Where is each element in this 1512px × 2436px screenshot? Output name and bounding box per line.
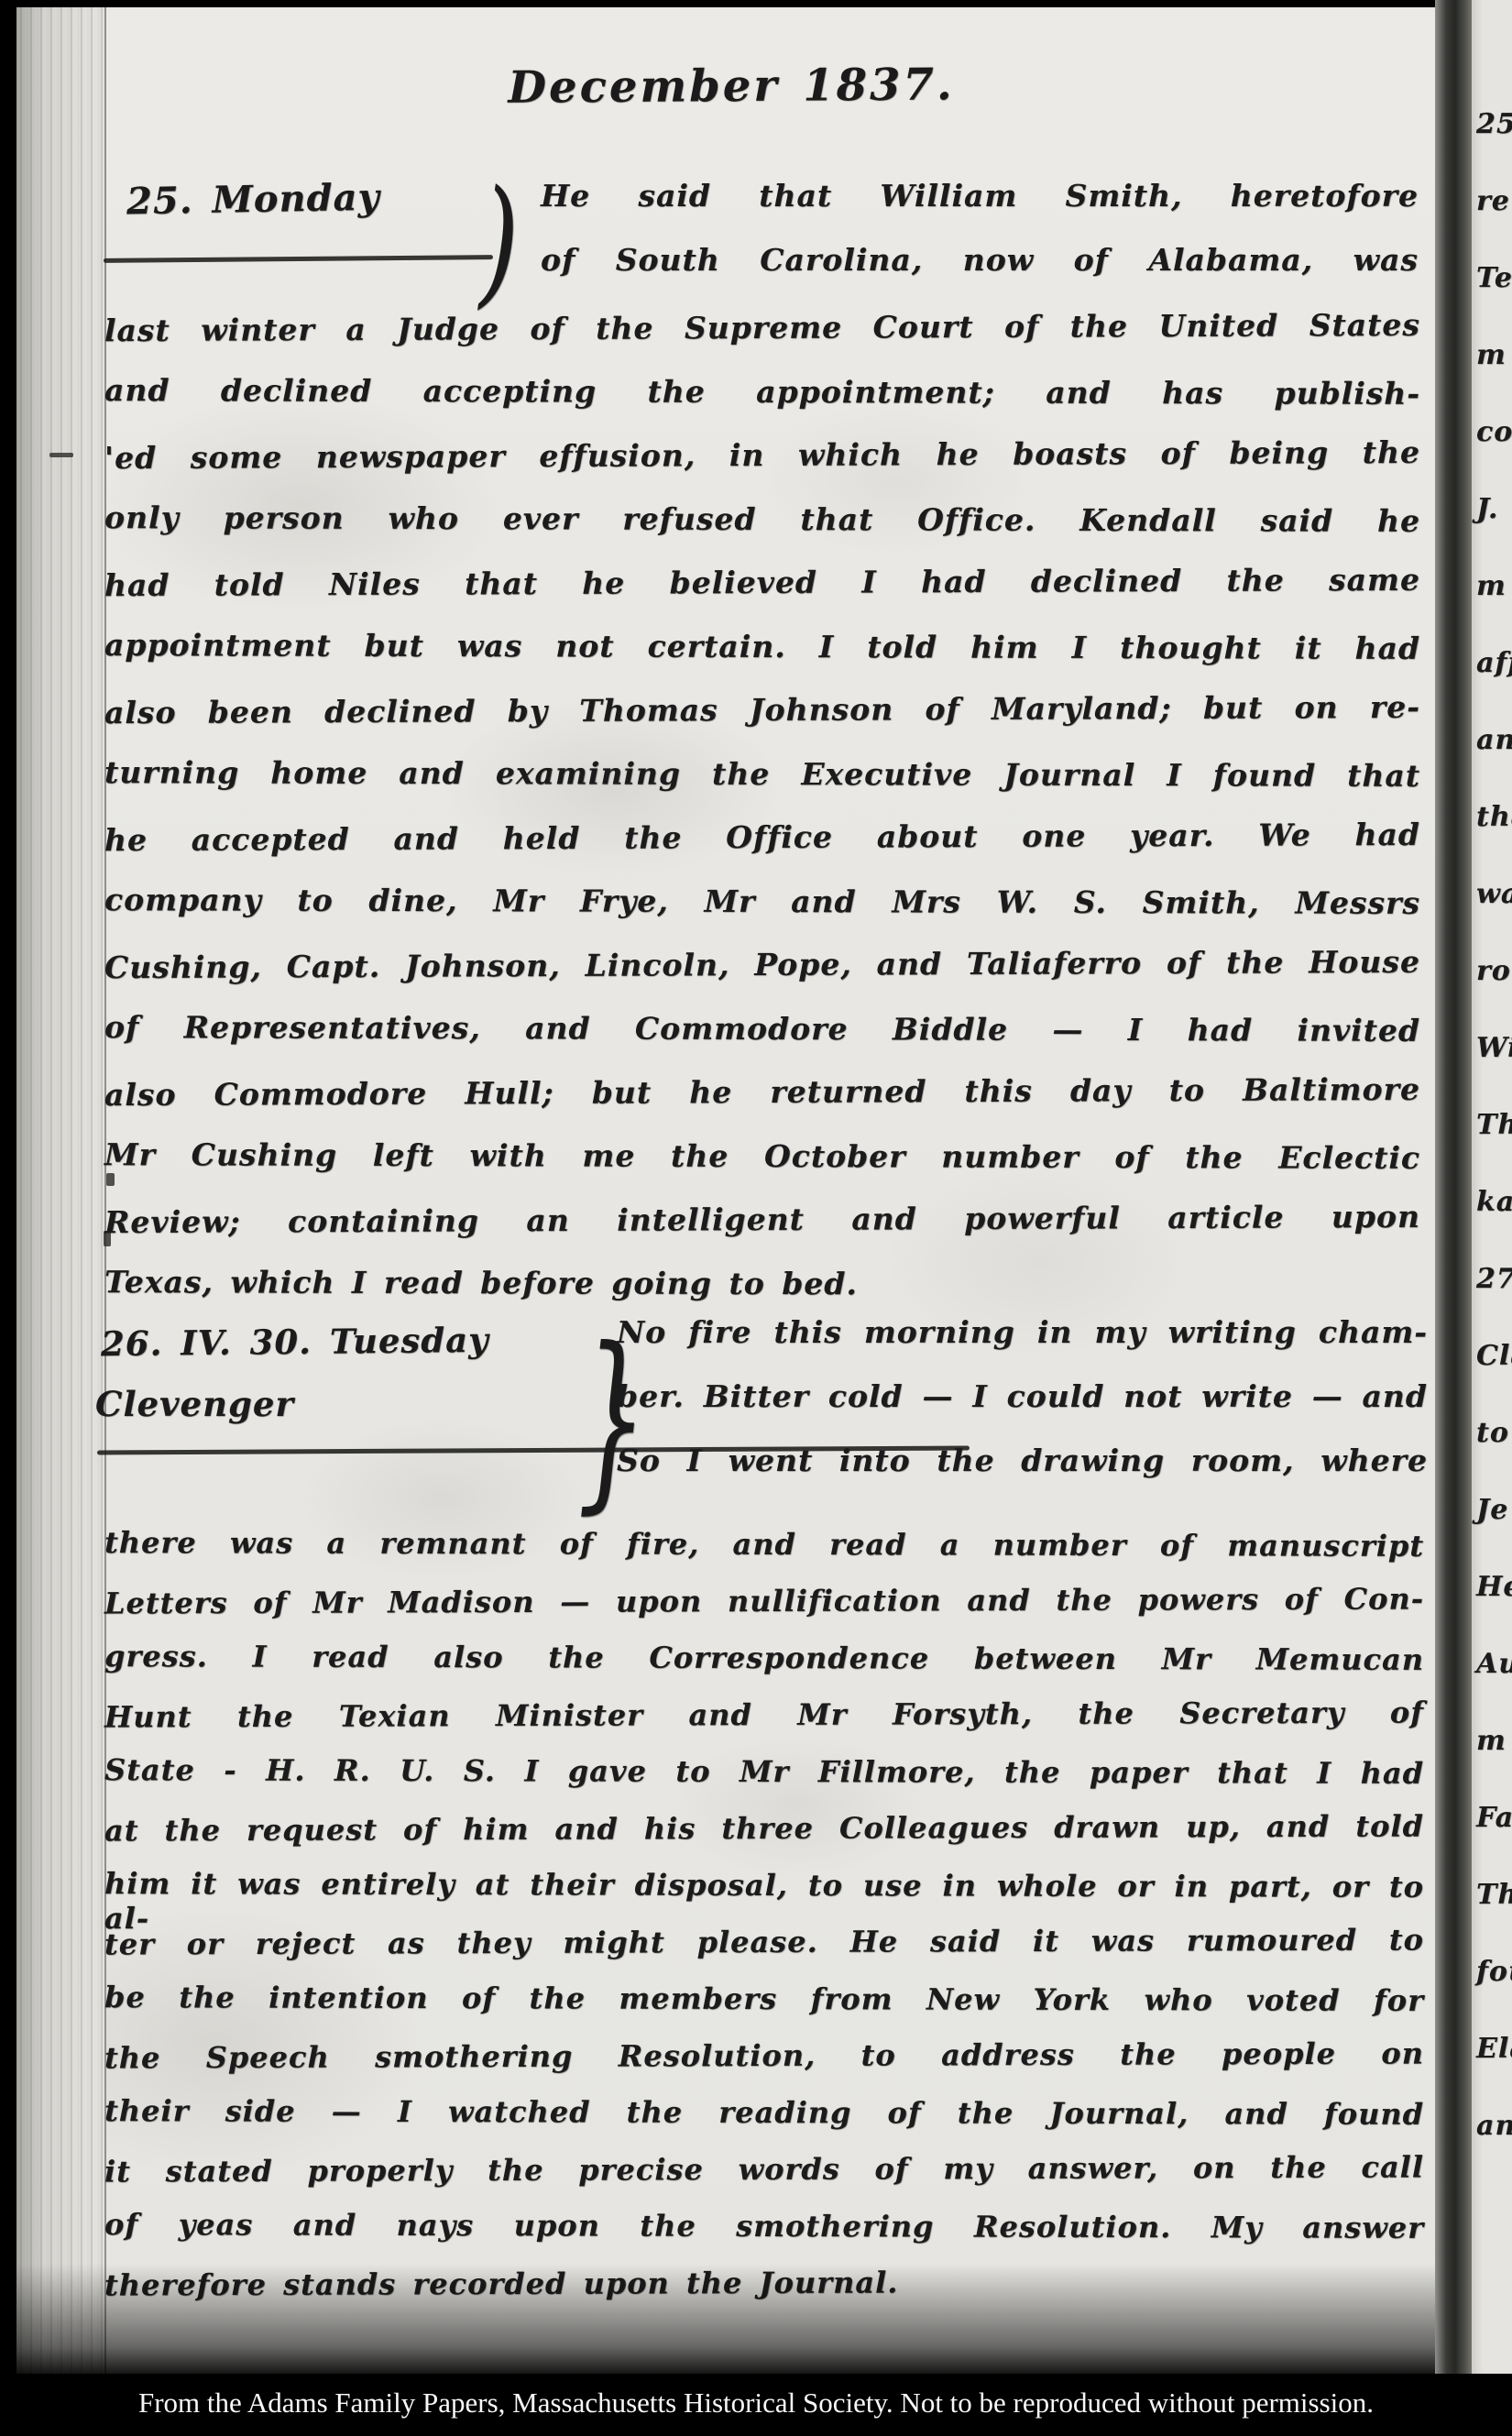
text-fragment: tha bbox=[1476, 801, 1512, 878]
manuscript-line: also Commodore Hull; but he returned thi… bbox=[104, 1071, 1420, 1141]
entry-opening-lines: No fire this morning in my writing cham-… bbox=[617, 1314, 1428, 1507]
manuscript-line: only person who ever refused that Office… bbox=[104, 499, 1420, 566]
manuscript-line: last winter a Judge of the Supreme Court… bbox=[104, 307, 1420, 377]
page-bottom-shadow bbox=[16, 2264, 1435, 2374]
entry-opening-lines: He said that William Smith, heretoforeof… bbox=[541, 178, 1419, 306]
entry-body-lines: there was a remnant of fire, and read a … bbox=[104, 1527, 1424, 2322]
entry-sublabel: Clevenger bbox=[95, 1384, 294, 1424]
next-page-sliver: 25reTemcoJ.maffyandthawaroWiThika27.Clat… bbox=[1472, 0, 1512, 2379]
manuscript-line: gress. I read also the Correspondence be… bbox=[104, 1639, 1424, 1699]
entry-body-lines: last winter a Judge of the Supreme Court… bbox=[104, 310, 1420, 1329]
manuscript-line: State - H. R. U. S. I gave to Mr Fillmor… bbox=[104, 1752, 1424, 1813]
manuscript-line: appointment but was not certain. I told … bbox=[104, 627, 1420, 694]
manuscript-line: him it was entirely at their disposal, t… bbox=[104, 1866, 1424, 1926]
manuscript-line: there was a remnant of fire, and read a … bbox=[104, 1525, 1424, 1586]
text-fragment: Cla bbox=[1476, 1340, 1512, 1417]
text-fragment: Wi bbox=[1476, 1032, 1512, 1109]
manuscript-line: Cushing, Capt. Johnson, Lincoln, Pope, a… bbox=[104, 944, 1420, 1014]
text-fragment: wa bbox=[1476, 878, 1512, 955]
manuscript-line: Review; containing an intelligent and po… bbox=[104, 1199, 1420, 1268]
text-fragment: co bbox=[1476, 416, 1512, 493]
caption-bar: From the Adams Family Papers, Massachuse… bbox=[0, 2374, 1512, 2436]
date-underline bbox=[104, 255, 493, 263]
caption-text: From the Adams Family Papers, Massachuse… bbox=[0, 2374, 1512, 2436]
text-fragment: fou bbox=[1476, 1956, 1512, 2033]
manuscript-line: company to dine, Mr Frye, Mr and Mrs W. … bbox=[104, 882, 1420, 949]
manuscript-line: Hunt the Texian Minister and Mr Forsyth,… bbox=[104, 1695, 1424, 1756]
manuscript-line: Mr Cushing left with me the October numb… bbox=[104, 1136, 1420, 1203]
text-fragment: and bbox=[1476, 724, 1512, 801]
text-fragment: Ela bbox=[1476, 2033, 1512, 2110]
text-fragment: Thi bbox=[1476, 1109, 1512, 1186]
manuscript-line: So I went into the drawing room, where bbox=[617, 1443, 1428, 1507]
next-page-text-fragments: 25reTemcoJ.maffyandthawaroWiThika27.Clat… bbox=[1472, 0, 1512, 2187]
manuscript-line: and declined accepting the appointment; … bbox=[104, 372, 1420, 439]
text-fragment: Te bbox=[1476, 262, 1512, 339]
book-gutter bbox=[1435, 0, 1472, 2379]
manuscript-line: of Representatives, and Commodore Biddle… bbox=[104, 1009, 1420, 1076]
page-stack-edges bbox=[16, 7, 106, 2374]
book-scan: December 1837. 25. Monday ) He said that… bbox=[0, 0, 1512, 2436]
manuscript-line: the Speech smothering Resolution, to add… bbox=[104, 2035, 1424, 2097]
text-fragment: m bbox=[1476, 339, 1512, 416]
text-fragment: affy bbox=[1476, 647, 1512, 724]
manuscript-line: 'ed some newspaper effusion, in which he… bbox=[104, 434, 1420, 504]
text-fragment: J. bbox=[1476, 493, 1512, 570]
text-fragment: ka bbox=[1476, 1186, 1512, 1263]
manuscript-line: had told Niles that he believed I had de… bbox=[104, 562, 1420, 631]
manuscript-line: also been declined by Thomas Johnson of … bbox=[104, 689, 1420, 759]
page-heading: December 1837. bbox=[108, 56, 1354, 115]
manuscript-line: be the intention of the members from New… bbox=[104, 1980, 1424, 2040]
manuscript-line: ber. Bitter cold — I could not write — a… bbox=[617, 1378, 1428, 1443]
manuscript-line: it stated properly the precise words of … bbox=[104, 2149, 1424, 2211]
manuscript-line: their side — I watched the reading of th… bbox=[104, 2093, 1424, 2154]
manuscript-line: of South Carolina, now of Alabama, was bbox=[541, 242, 1419, 306]
manuscript-line: He said that William Smith, heretofore bbox=[541, 178, 1419, 242]
text-fragment: Je bbox=[1476, 1494, 1512, 1571]
diary-page: December 1837. 25. Monday ) He said that… bbox=[16, 7, 1435, 2374]
manuscript-line: turning home and examining the Executive… bbox=[104, 754, 1420, 821]
text-fragment: 25 bbox=[1476, 108, 1512, 185]
manuscript-line: Letters of Mr Madison — upon nullificati… bbox=[104, 1581, 1424, 1642]
manuscript-line: at the request of him and his three Coll… bbox=[104, 1808, 1424, 1870]
text-fragment: to bbox=[1476, 1417, 1512, 1494]
entry-date-label: 26. IV. 30. Tuesday bbox=[101, 1320, 489, 1364]
manuscript-line: No fire this morning in my writing cham- bbox=[617, 1314, 1428, 1378]
text-fragment: Fap bbox=[1476, 1802, 1512, 1879]
text-fragment: m bbox=[1476, 570, 1512, 647]
ink-speck bbox=[49, 453, 73, 457]
text-fragment: 27. bbox=[1476, 1263, 1512, 1340]
text-fragment: re bbox=[1476, 185, 1512, 262]
text-fragment: m bbox=[1476, 1725, 1512, 1802]
manuscript-line: of yeas and nays upon the smothering Res… bbox=[104, 2207, 1424, 2267]
text-fragment: The bbox=[1476, 1879, 1512, 1956]
text-fragment: Aug bbox=[1476, 1648, 1512, 1725]
entry-date-label: 25. Monday bbox=[126, 176, 380, 224]
text-fragment: ro bbox=[1476, 955, 1512, 1032]
manuscript-line: ter or reject as they might please. He s… bbox=[104, 1922, 1424, 1983]
brace-mark: ) bbox=[479, 161, 520, 323]
manuscript-line: he accepted and held the Office about on… bbox=[104, 817, 1420, 886]
text-fragment: He bbox=[1476, 1571, 1512, 1648]
text-fragment: and bbox=[1476, 2110, 1512, 2187]
